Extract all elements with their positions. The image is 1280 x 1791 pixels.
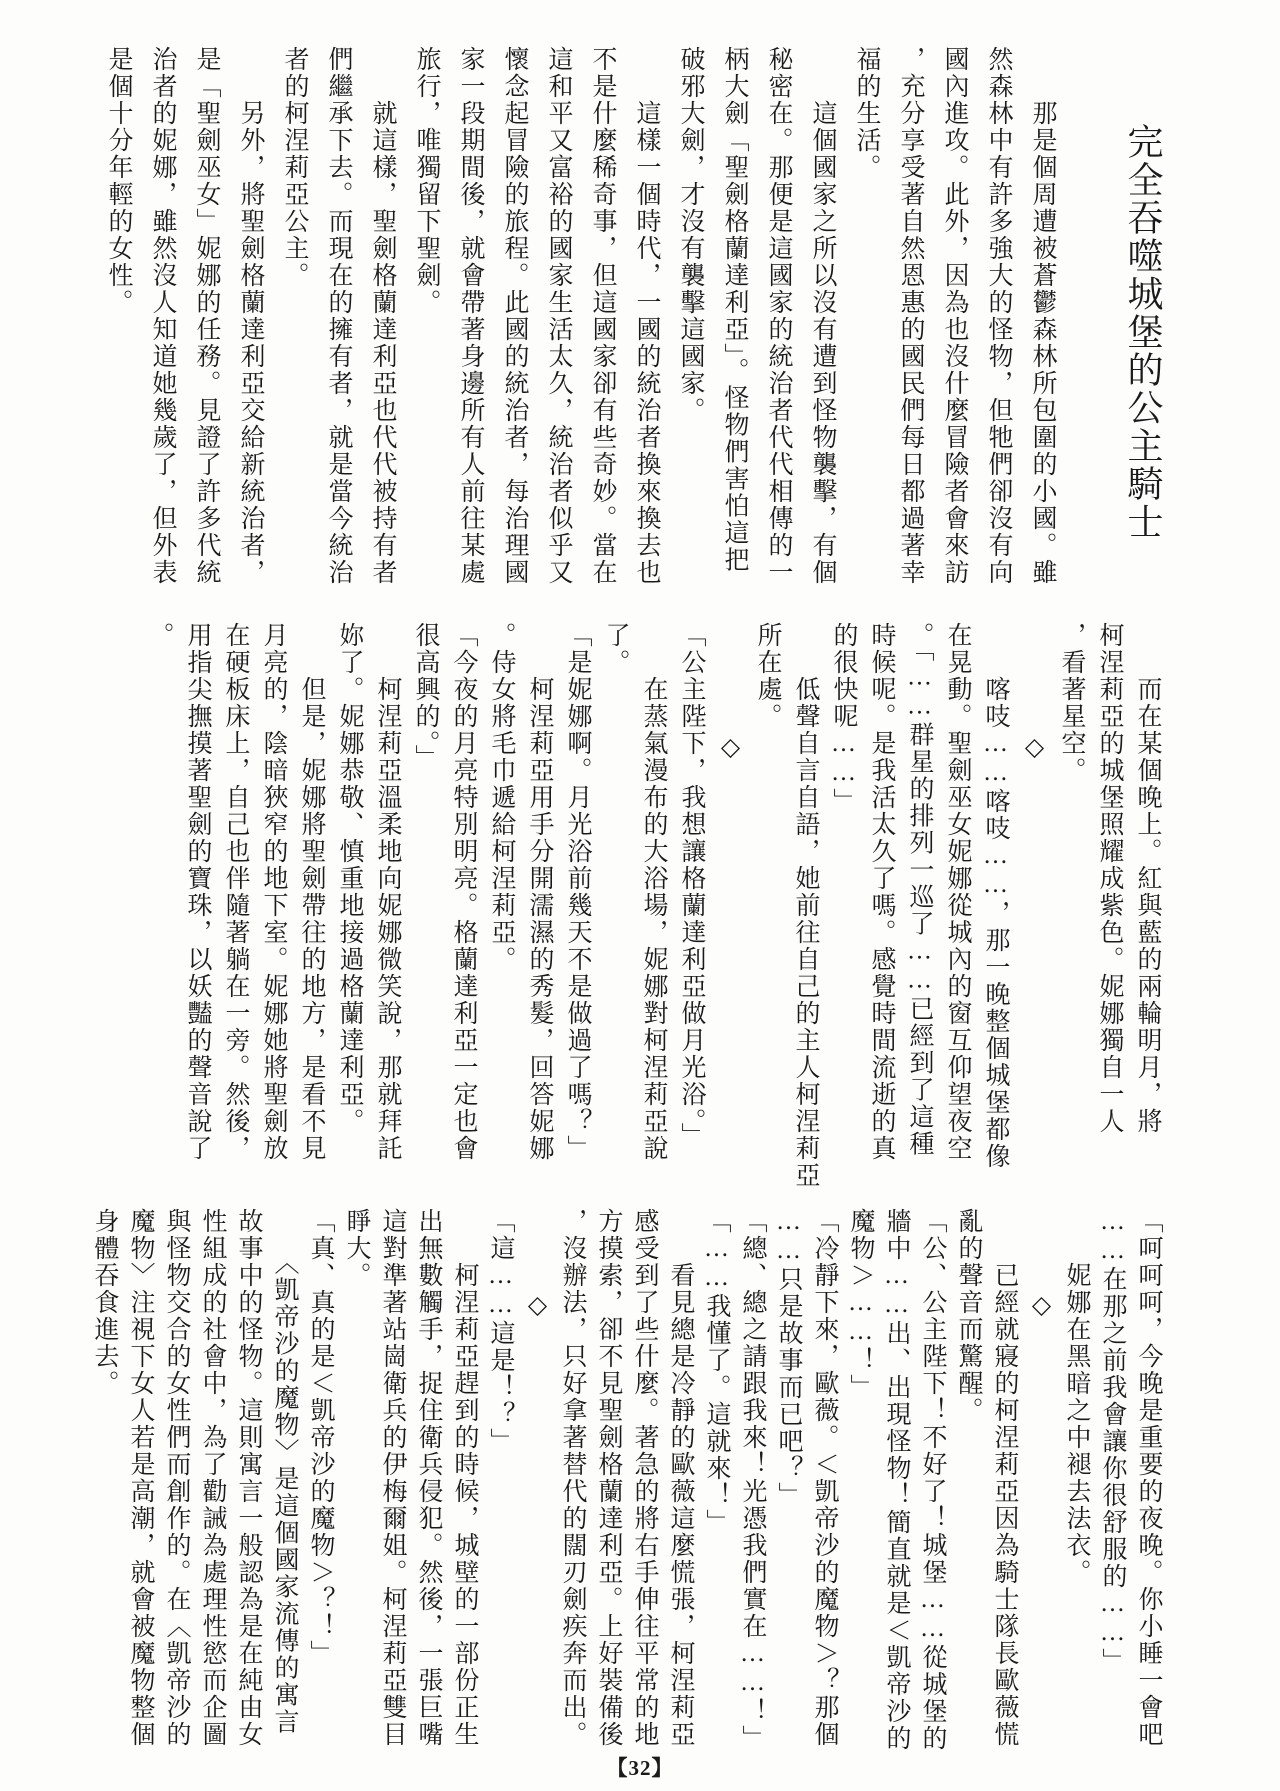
text-column: 牆中……出、出現怪物！簡直就是＜凱帝沙的 (878, 1208, 914, 1753)
text-column: 睜大。 (338, 1208, 374, 1753)
text-column: 治者的妮娜，雖然沒人知道她幾歲了，但外表 (140, 46, 184, 598)
text-column: 破邪大劍，才沒有襲擊這國家。 (668, 46, 712, 598)
text-column: 「呵呵呵，今晚是重要的夜晚。你小睡一會吧 (1130, 1208, 1166, 1753)
text-column: 喀吱……喀吱……，那一晚整個城堡都像 (976, 622, 1014, 1167)
text-section-middle: 而在某個晚上。紅與藍的兩輪明月，將柯涅莉亞的城堡照耀成紫色。妮娜獨自一人，看著星… (140, 622, 1166, 1167)
text-column: 柯涅莉亞趕到的時候，城壁的一部份正生 (446, 1208, 482, 1753)
text-column: 們繼承下去。而現在的擁有者，就是當今統治 (316, 46, 360, 598)
text-column: 柯涅莉亞用手分開濡濕的秀髮，回答妮娜 (520, 622, 558, 1167)
text-column: 另外，將聖劍格蘭達利亞交給新統治者， (228, 46, 272, 598)
text-column: 。侍女將毛巾遞給柯涅莉亞。 (482, 622, 520, 1167)
scene-break-mark: ◇ (518, 1208, 554, 1753)
text-column: 〈凱帝沙的魔物〉是這個國家流傳的寓言 (266, 1208, 302, 1753)
text-column: 身體吞食進去。 (86, 1208, 122, 1753)
text-column: 國內進攻。此外，因為也沒什麼冒險者會來訪 (932, 46, 976, 598)
text-column: 與怪物交合的女性們而創作的。在〈凱帝沙的 (158, 1208, 194, 1753)
text-column: 「冷靜下來，歐薇。＜凱帝沙的魔物＞？那個 (806, 1208, 842, 1753)
text-column: 了。 (596, 622, 634, 1167)
text-column: 家一段期間後，就會帶著身邊所有人前往某處 (448, 46, 492, 598)
text-column: ，沒辦法，只好拿著替代的闊刃劍疾奔而出。 (554, 1208, 590, 1753)
text-column: 這對準著站崗衛兵的伊梅爾姐。柯涅莉亞雙目 (374, 1208, 410, 1753)
text-column: 柄大劍「聖劍格蘭達利亞」。怪物們害怕這把 (712, 46, 756, 598)
text-column: 很高興的。」 (406, 622, 444, 1167)
text-column: 故事中的怪物。這則寓言一般認為是在純由女 (230, 1208, 266, 1753)
text-column: 這和平又富裕的國家生活太久，統治者似乎又 (536, 46, 580, 598)
scene-break-mark: ◇ (1022, 1208, 1058, 1753)
text-column: 這樣一個時代，一國的統治者換來換去也 (624, 46, 668, 598)
text-column: 旅行，唯獨留下聖劍。 (404, 46, 448, 598)
text-column: 。 (140, 622, 178, 1167)
text-column: 柯涅莉亞的城堡照耀成紫色。妮娜獨自一人 (1090, 622, 1128, 1167)
text-column: 感受到了些什麼。著急的將右手伸往平常的地 (626, 1208, 662, 1753)
novel-scan-page: 完全吞噬城堡的公主騎士 那是個周遭被蒼鬱森林所包圍的小國。雖然森林中有許多強大的… (0, 0, 1280, 1791)
text-column: 性組成的社會中，為了勸誡為處理性慾而企圖 (194, 1208, 230, 1753)
text-column: 「這……這是！？」 (482, 1208, 518, 1753)
text-column: 在硬板床上，自己也伴隨著躺在一旁。然後， (216, 622, 254, 1167)
text-column: 「公、公主陛下！不好了！城堡……從城堡的 (914, 1208, 950, 1753)
text-column: 福的生活。 (844, 46, 888, 598)
text-column: 所在處。 (748, 622, 786, 1167)
text-column: 而在某個晚上。紅與藍的兩輪明月，將 (1128, 622, 1166, 1167)
text-column: 低聲自言自語，她前往自己的主人柯涅莉亞 (786, 622, 824, 1167)
text-column: 「真、真的是＜凱帝沙的魔物＞？！」 (302, 1208, 338, 1753)
text-column: 。「……群星的排列一巡了……已經到了這種 (900, 622, 938, 1167)
scene-break-mark: ◇ (710, 622, 748, 1167)
text-column: 的很快呢……」 (824, 622, 862, 1167)
text-column: ……在那之前我會讓你很舒服的……」 (1094, 1208, 1130, 1753)
text-section-top: 完全吞噬城堡的公主騎士 那是個周遭被蒼鬱森林所包圍的小國。雖然森林中有許多強大的… (96, 46, 1168, 598)
text-column: ……只是故事而已吧？」 (770, 1208, 806, 1753)
text-section-bottom: 「呵呵呵，今晚是重要的夜晚。你小睡一會吧……在那之前我會讓你很舒服的……」 妮娜… (86, 1208, 1166, 1753)
text-column: 不是什麼稀奇事，但這國家卻有些奇妙。當在 (580, 46, 624, 598)
text-column: 「是妮娜啊。月光浴前幾天不是做過了嗎？」 (558, 622, 596, 1167)
text-column: ，看著星空。 (1052, 622, 1090, 1167)
text-column: 「……我懂了。這就來！」 (698, 1208, 734, 1753)
text-column: 是「聖劍巫女」妮娜的任務。見證了許多代統 (184, 46, 228, 598)
text-column: 妳了。妮娜恭敬、慎重地接過格蘭達利亞。 (330, 622, 368, 1167)
text-column: 在晃動。聖劍巫女妮娜從城內的窗互仰望夜空 (938, 622, 976, 1167)
text-column: 然森林中有許多強大的怪物，但牠們卻沒有向 (976, 46, 1020, 598)
text-column: 「今夜的月亮特別明亮。格蘭達利亞一定也會 (444, 622, 482, 1167)
text-column: 是個十分年輕的女性。 (96, 46, 140, 598)
text-column: 已經就寢的柯涅莉亞因為騎士隊長歐薇慌 (986, 1208, 1022, 1753)
text-column: 魔物＞……！」 (842, 1208, 878, 1753)
chapter-title: 完全吞噬城堡的公主騎士 (1118, 46, 1168, 598)
text-column: 但是，妮娜將聖劍帶往的地方，是看不見 (292, 622, 330, 1167)
scene-break-mark: ◇ (1014, 622, 1052, 1167)
text-column: 那是個周遭被蒼鬱森林所包圍的小國。雖 (1020, 46, 1064, 598)
text-column: 在蒸氣漫布的大浴場，妮娜對柯涅莉亞說 (634, 622, 672, 1167)
text-column: 用指尖撫摸著聖劍的寶珠，以妖豔的聲音說了 (178, 622, 216, 1167)
text-column: 柯涅莉亞溫柔地向妮娜微笑說，那就拜託 (368, 622, 406, 1167)
text-column: 「總、總之請跟我來！光憑我們實在……！」 (734, 1208, 770, 1753)
text-column: 出無數觸手，捉住衛兵侵犯。然後，一張巨嘴 (410, 1208, 446, 1753)
text-column: 亂的聲音而驚醒。 (950, 1208, 986, 1753)
text-column: 月亮的，陰暗狹窄的地下室。妮娜她將聖劍放 (254, 622, 292, 1167)
text-column: 方摸索，卻不見聖劍格蘭達利亞。上好裝備後 (590, 1208, 626, 1753)
text-column: 「公主陛下，我想讓格蘭達利亞做月光浴。」 (672, 622, 710, 1167)
text-column: 魔物〉注視下女人若是高潮，就會被魔物整個 (122, 1208, 158, 1753)
text-column: 就這樣，聖劍格蘭達利亞也代代被持有者 (360, 46, 404, 598)
text-column: 時候呢。是我活太久了嗎。感覺時間流逝的真 (862, 622, 900, 1167)
text-column: 妮娜在黑暗之中褪去法衣。 (1058, 1208, 1094, 1753)
text-column: 看見總是冷靜的歐薇這麼慌張，柯涅莉亞 (662, 1208, 698, 1753)
text-column: 者的柯涅莉亞公主。 (272, 46, 316, 598)
text-column: 懷念起冒險的旅程。此國的統治者，每治理國 (492, 46, 536, 598)
text-column: 這個國家之所以沒有遭到怪物襲擊，有個 (800, 46, 844, 598)
text-column: ，充分享受著自然恩惠的國民們每日都過著幸 (888, 46, 932, 598)
text-column: 秘密在。那便是這國家的統治者代代相傳的一 (756, 46, 800, 598)
page-number: 【32】 (0, 1752, 1280, 1782)
